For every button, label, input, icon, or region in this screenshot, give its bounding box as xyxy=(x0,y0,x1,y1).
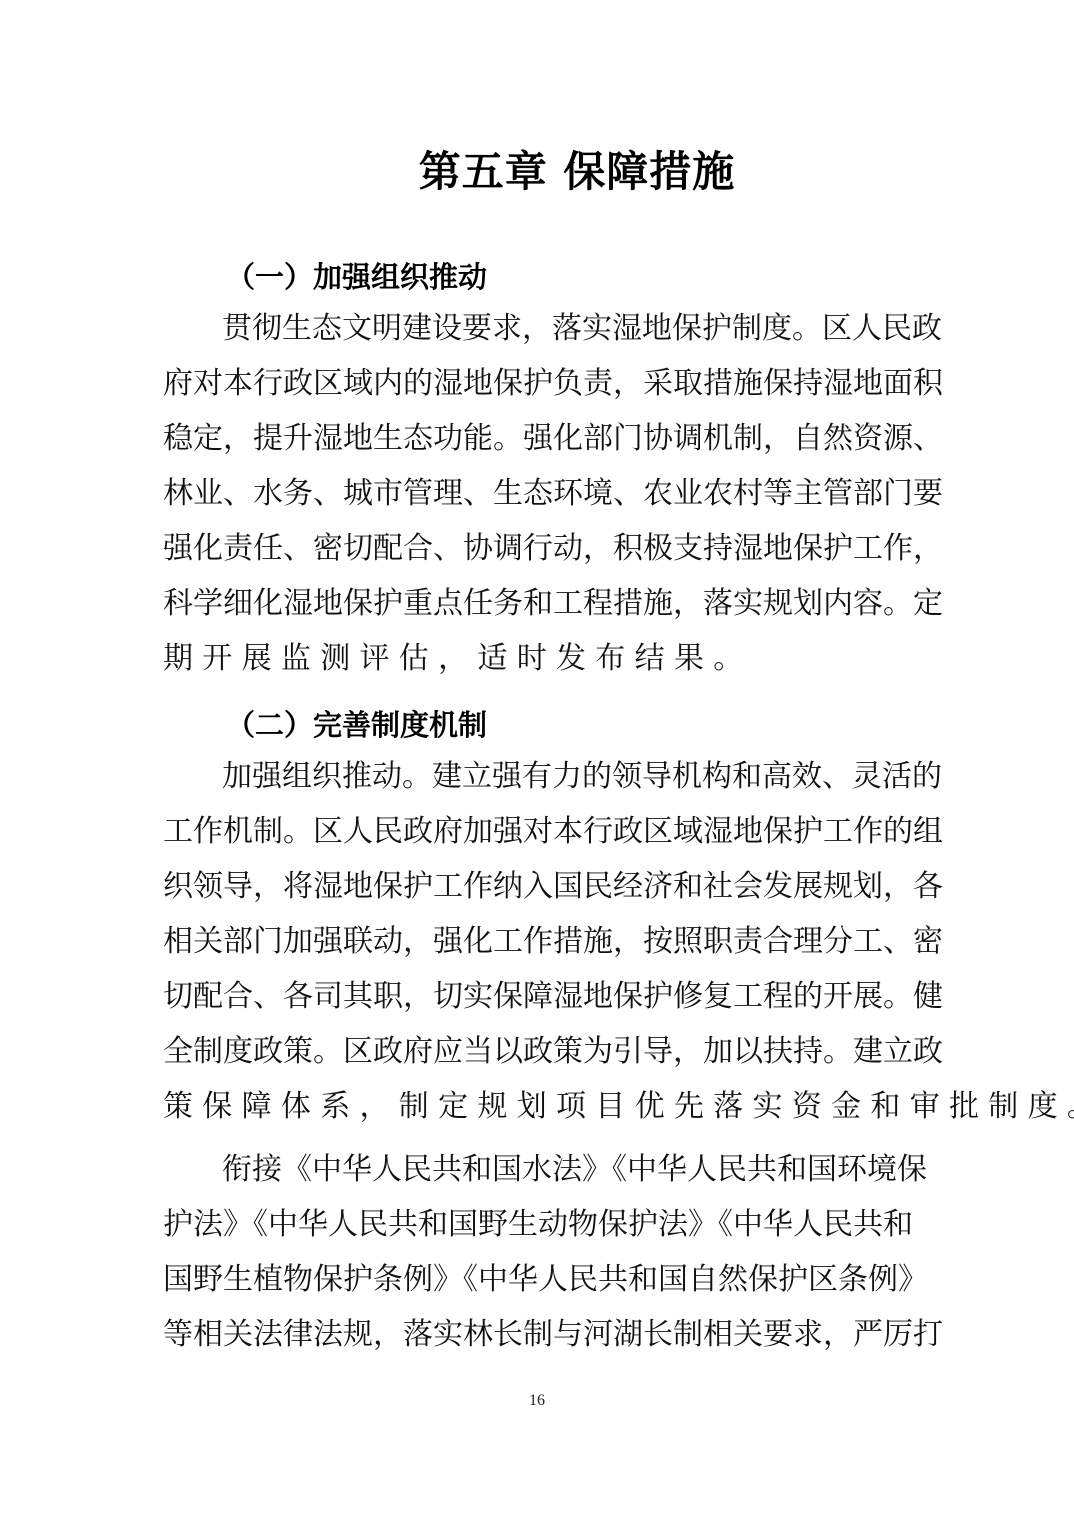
paragraph-line: 加强组织推动。建立强有力的领导机构和高效、灵活的 xyxy=(222,757,911,797)
section-heading-2: （二）完善制度机制 xyxy=(226,705,487,745)
chapter-title: 第五章 保障措施 xyxy=(0,142,1074,202)
paragraph-line: 切配合、各司其职，切实保障湿地保护修复工程的开展。健 xyxy=(163,977,911,1017)
paragraph-line: 贯彻生态文明建设要求，落实湿地保护制度。区人民政 xyxy=(222,309,911,349)
paragraph-line: 府对本行政区域内的湿地保护负责，采取措施保持湿地面积 xyxy=(163,364,911,404)
paragraph-line: 相关部门加强联动，强化工作措施，按照职责合理分工、密 xyxy=(163,922,911,962)
paragraph-line: 期开展监测评估，适时发布结果。 xyxy=(163,639,911,679)
paragraph-line: 林业、水务、城市管理、生态环境、农业农村等主管部门要 xyxy=(163,474,911,514)
paragraph-line: 国野生植物保护条例》《中华人民共和国自然保护区条例》 xyxy=(163,1260,911,1300)
page-number: 16 xyxy=(0,1392,1074,1410)
paragraph-line: 工作机制。区人民政府加强对本行政区域湿地保护工作的组 xyxy=(163,812,911,852)
paragraph-line: 护法》《中华人民共和国野生动物保护法》《中华人民共和 xyxy=(163,1205,911,1245)
paragraph-line: 科学细化湿地保护重点任务和工程措施，落实规划内容。定 xyxy=(163,584,911,624)
paragraph-line: 稳定，提升湿地生态功能。强化部门协调机制，自然资源、 xyxy=(163,419,911,459)
paragraph-line: 衔接《中华人民共和国水法》《中华人民共和国环境保 xyxy=(222,1150,911,1190)
section-heading-1: （一）加强组织推动 xyxy=(226,257,487,297)
paragraph-line: 强化责任、密切配合、协调行动，积极支持湿地保护工作， xyxy=(163,529,911,569)
paragraph-line: 等相关法律法规，落实林长制与河湖长制相关要求，严厉打 xyxy=(163,1315,911,1355)
paragraph-line: 全制度政策。区政府应当以政策为引导，加以扶持。建立政 xyxy=(163,1032,911,1072)
document-page: 第五章 保障措施 （一）加强组织推动 贯彻生态文明建设要求，落实湿地保护制度。区… xyxy=(0,0,1074,1520)
paragraph-line: 织领导，将湿地保护工作纳入国民经济和社会发展规划，各 xyxy=(163,867,911,907)
paragraph-line: 策保障体系，制定规划项目优先落实资金和审批制度。 xyxy=(163,1087,911,1127)
